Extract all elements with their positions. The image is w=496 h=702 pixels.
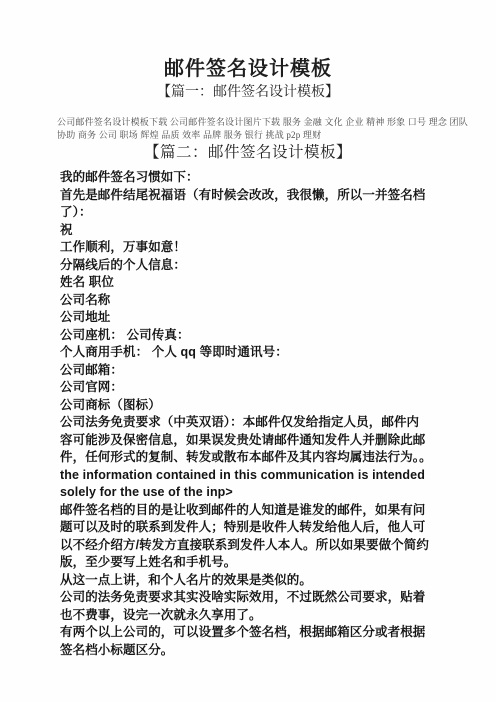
section-2-heading: 【篇二：邮件签名设计模板】 — [0, 144, 496, 162]
document-title: 邮件签名设计模板 — [0, 57, 496, 81]
keywords-paragraph: 公司邮件签名设计模板下载 公司邮件签名设计图片下载 服务 金融 文化 企业 精神… — [0, 116, 460, 142]
body-text-line: 公司地址 — [60, 309, 496, 327]
body-text-line: 个人商用手机： 个人 qq 等即时通讯号： — [60, 344, 496, 362]
keywords-line: 公司邮件签名设计模板下载 公司邮件签名设计图片下载 服务 金融 文化 企业 精神… — [57, 116, 460, 129]
body-text-line: solely for the use of the inp> — [60, 484, 496, 502]
body-text-line: 以不经介绍方/转发方直接联系到发件人本人。所以如果要做个简约 — [60, 537, 496, 555]
body-text-line: 姓名 职位 — [60, 274, 496, 292]
body-text-line: 我的邮件签名习惯如下： — [60, 169, 496, 187]
body-text-line: 签名档小标题区分。 — [60, 642, 496, 660]
body-text-line: 公司的法务免责要求其实没啥实际效用，不过既然公司要求，贴着 — [60, 589, 496, 607]
body-text-line: 公司法务免责要求（中英双语）：本邮件仅发给指定人员，邮件内 — [60, 414, 496, 432]
body-text-line: 也不费事，设完一次就永久享用了。 — [60, 607, 496, 625]
body-text-line: 从这一点上讲，和个人名片的效果是类似的。 — [60, 572, 496, 590]
body-text-line: 版，至少要写上姓名和手机号。 — [60, 554, 496, 572]
body-text-line: 公司商标（图标） — [60, 397, 496, 415]
body-text-line: 容可能涉及保密信息，如果误发贵处请邮件通知发件人并删除此邮 — [60, 432, 496, 450]
body-text-line: 题可以及时的联系到发件人；特别是收件人转发给他人后，他人可 — [60, 519, 496, 537]
document-body: 我的邮件签名习惯如下：首先是邮件结尾祝福语（有时候会改改，我很懒，所以一并签名档… — [0, 169, 496, 659]
body-text-line: 公司邮箱： — [60, 362, 496, 380]
body-text-line: 公司座机： 公司传真： — [60, 327, 496, 345]
body-text-line: 工作顺利，万事如意！ — [60, 239, 496, 257]
body-text-line: 祝 — [60, 222, 496, 240]
section-1-heading: 【篇一：邮件签名设计模板】 — [0, 85, 496, 101]
body-text-line: 首先是邮件结尾祝福语（有时候会改改，我很懒，所以一并签名档 — [60, 187, 496, 205]
body-text-line: 公司官网： — [60, 379, 496, 397]
keywords-line: 协助 商务 公司 职场 辉煌 品质 效率 品牌 服务 银行 挑战 p2p 理财 — [57, 129, 460, 142]
body-text-line: 有两个以上公司的，可以设置多个签名档，根据邮箱区分或者根据 — [60, 624, 496, 642]
body-text-line: the information contained in this commun… — [60, 467, 496, 485]
body-text-line: 件，任何形式的复制、转发或散布本邮件及其内容均属违法行为。。 — [60, 449, 496, 467]
body-text-line: 邮件签名档的目的是让收到邮件的人知道是谁发的邮件，如果有问 — [60, 502, 496, 520]
body-text-line: 公司名称 — [60, 292, 496, 310]
document-page: 邮件签名设计模板 【篇一：邮件签名设计模板】 公司邮件签名设计模板下载 公司邮件… — [0, 0, 496, 702]
body-text-line: 了）： — [60, 204, 496, 222]
body-text-line: 分隔线后的个人信息： — [60, 257, 496, 275]
